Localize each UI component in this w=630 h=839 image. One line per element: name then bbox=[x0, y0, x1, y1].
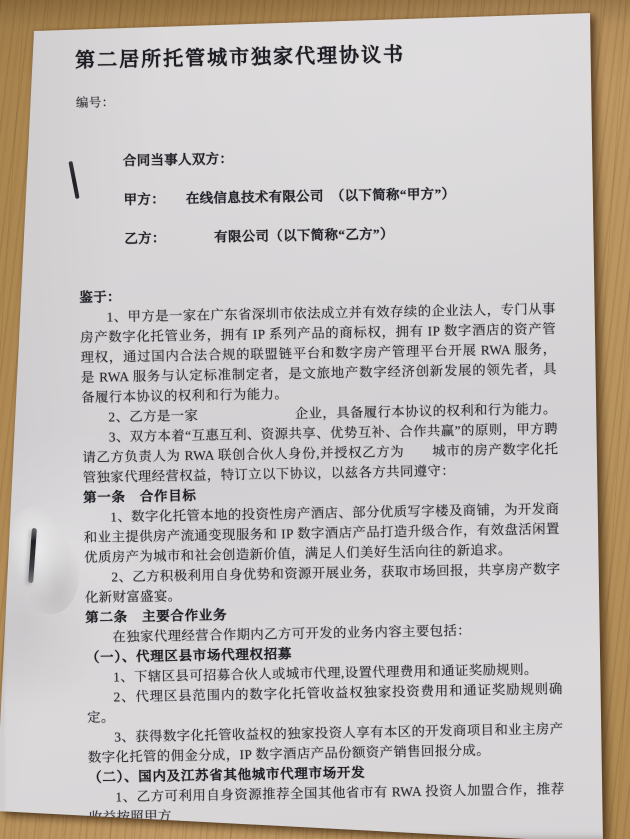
contract-title: 第二居所托管城市独家代理协议书 bbox=[75, 37, 551, 76]
paper-shadow-wrap: 第二居所托管城市独家代理协议书 编号： 合同当事人双方： 甲方： 在线信息技术有… bbox=[0, 0, 630, 839]
parties-block: 合同当事人双方： 甲方： 在线信息技术有限公司 （以下简称“甲方”） 乙方： 有… bbox=[123, 143, 555, 249]
whereas-paragraph-3: 3、双方本着“互惠互利、资源共享、优势互补、合作共赢”的原则，甲方聘请乙方负责人… bbox=[82, 419, 559, 488]
paper-crinkle bbox=[0, 498, 90, 622]
section-1-paragraph-1: 1、数字化托管本地的投资性房产酒店、部分优质写字楼及商铺，为开发商和业主提供房产… bbox=[83, 499, 560, 568]
party-b-line: 乙方： 有限公司（以下简称“乙方”） bbox=[124, 221, 554, 249]
whereas-paragraph-1: 1、甲方是一家在广东省深圳市依法成立并有效存续的企业法人，专门从事房产数字化托管… bbox=[80, 299, 558, 408]
contract-number-label: 编号： bbox=[76, 85, 552, 112]
party-a-line: 甲方： 在线信息技术有限公司 （以下简称“甲方”） bbox=[123, 182, 553, 210]
contract-paper-sheet: 第二居所托管城市独家代理协议书 编号： 合同当事人双方： 甲方： 在线信息技术有… bbox=[0, 0, 630, 839]
section-2-sub-2-item-1: 1、乙方可利用自身资源推荐全国其他省市有 RWA 投资人加盟合作，推荐收益按照甲… bbox=[88, 779, 565, 828]
parties-heading: 合同当事人双方： bbox=[123, 143, 553, 171]
contract-body: 第二居所托管城市独家代理协议书 编号： 合同当事人双方： 甲方： 在线信息技术有… bbox=[75, 37, 565, 828]
